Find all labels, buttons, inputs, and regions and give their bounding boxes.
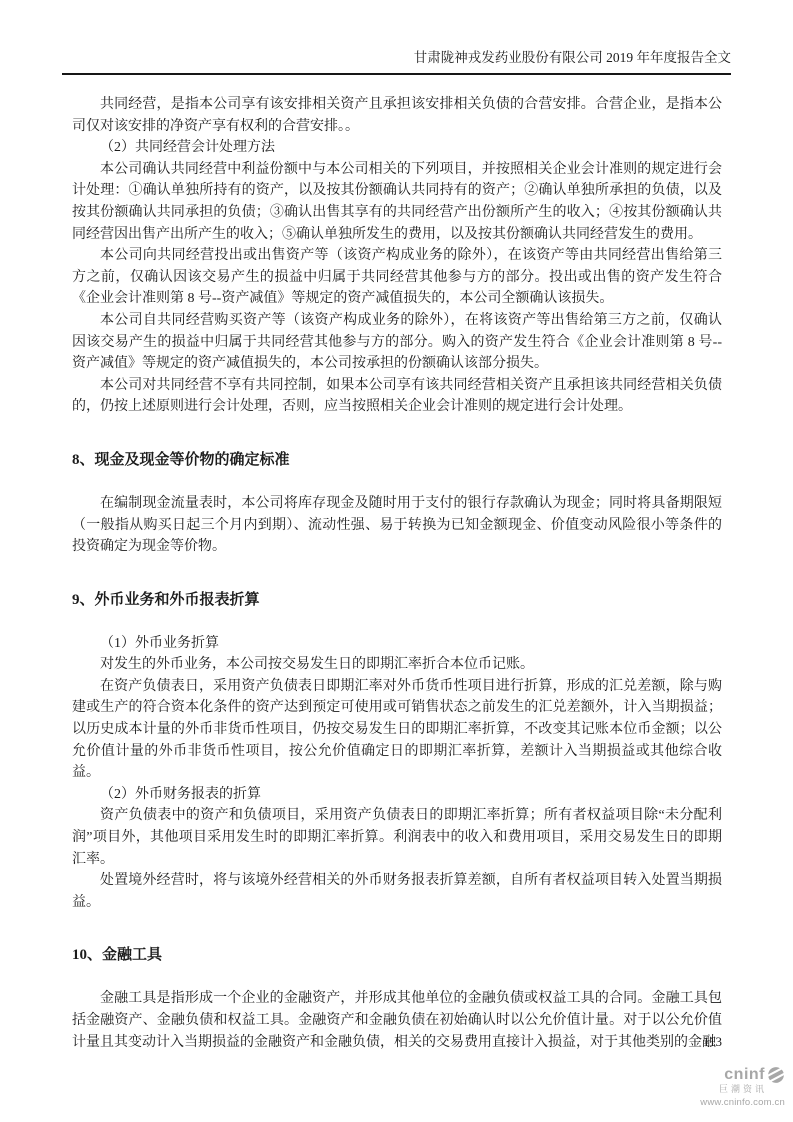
paragraph: 金融工具是指形成一个企业的金融资产，并形成其他单位的金融负债或权益工具的合同。金…: [72, 988, 722, 1053]
paragraph: 本公司自共同经营购买资产等（该资产构成业务的除外），在将该资产等出售给第三方之前…: [72, 310, 722, 375]
paragraph: 共同经营，是指本公司享有该安排相关资产且承担该安排相关负债的合营安排。合营企业，…: [72, 94, 722, 137]
cninfo-swirl-icon: [767, 1066, 785, 1084]
cninfo-brand-text: cninf: [724, 1066, 765, 1084]
cninfo-brand-row: cninf: [655, 1066, 785, 1084]
paragraph: 在资产负债表日，采用资产负债表日即期汇率对外币货币性项目进行折算，形成的汇兑差额…: [72, 676, 722, 784]
page-number: 113: [703, 1034, 722, 1050]
page-content: 共同经营，是指本公司享有该安排相关资产且承担该安排相关负债的合营安排。合营企业，…: [72, 94, 722, 1053]
paragraph: （1）外币业务折算: [72, 633, 722, 655]
paragraph: （2）共同经营会计处理方法: [72, 137, 722, 159]
paragraph: 本公司确认共同经营中利益份额中与本公司相关的下列项目，并按照相关企业会计准则的规…: [72, 159, 722, 245]
cninfo-name-cn: 巨潮资讯: [655, 1085, 767, 1095]
cninfo-logo: cninf 巨潮资讯 www.cninfo.com.cn: [655, 1066, 785, 1108]
paragraph: 资产负债表中的资产和负债项目，采用资产负债表日的即期汇率折算；所有者权益项目除“…: [72, 805, 722, 870]
paragraph: 处置境外经营时，将与该境外经营相关的外币财务报表折算差额，自所有者权益项目转入处…: [72, 870, 722, 913]
paragraph: 本公司向共同经营投出或出售资产等（该资产构成业务的除外），在该资产等由共同经营出…: [72, 245, 722, 310]
paragraph: 本公司对共同经营不享有共同控制，如果本公司享有该共同经营相关资产且承担该共同经营…: [72, 375, 722, 418]
paragraph: 对发生的外币业务，本公司按交易发生日的即期汇率折合本位币记账。: [72, 654, 722, 676]
header-title: 甘肃陇神戎发药业股份有限公司 2019 年年度报告全文: [414, 50, 731, 65]
cninfo-url: www.cninfo.com.cn: [655, 1098, 785, 1108]
section-heading-foreign-currency: 9、外币业务和外币报表折算: [72, 589, 722, 611]
paragraph: 在编制现金流量表时，本公司将库存现金及随时用于支付的银行存款确认为现金；同时将具…: [72, 493, 722, 558]
paragraph: （2）外币财务报表的折算: [72, 784, 722, 806]
section-heading-cash-equivalents: 8、现金及现金等价物的确定标准: [72, 449, 722, 471]
section-heading-financial-instruments: 10、金融工具: [72, 944, 722, 966]
report-page: 甘肃陇神戎发药业股份有限公司 2019 年年度报告全文 共同经营，是指本公司享有…: [0, 0, 793, 1122]
page-header: 甘肃陇神戎发药业股份有限公司 2019 年年度报告全文: [62, 48, 731, 75]
